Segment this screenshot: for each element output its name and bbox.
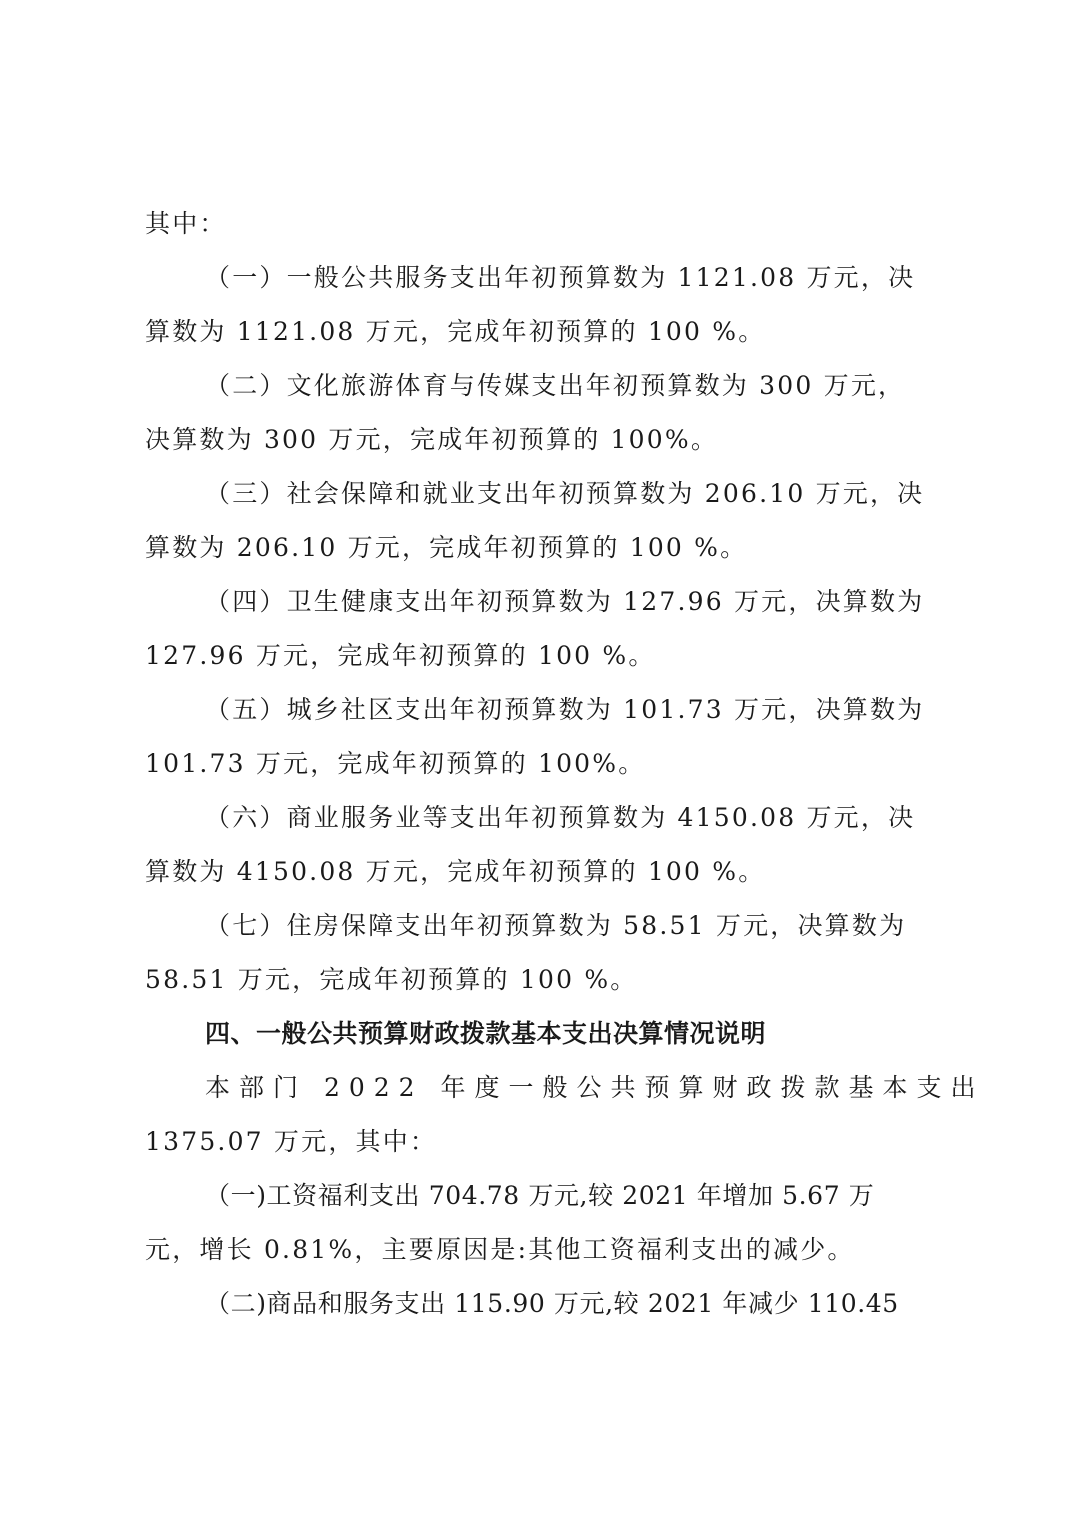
item-1-line-1: （一）一般公共服务支出年初预算数为 1121.08 万元，决 (205, 260, 935, 296)
section-4-para-line-1: 本部门 2022 年度一般公共预算财政拨款基本支出 (205, 1070, 935, 1106)
item-2-line-1: （二）文化旅游体育与传媒支出年初预算数为 300 万元， (205, 368, 935, 404)
section-4-sub-2-line-1: （二)商品和服务支出 115.90 万元,较 2021 年减少 110.45 (205, 1286, 935, 1322)
item-3-line-1: （三）社会保障和就业支出年初预算数为 206.10 万元，决 (205, 476, 935, 512)
item-5-line-2: 101.73 万元，完成年初预算的 100%。 (145, 746, 935, 782)
item-4-line-2: 127.96 万元，完成年初预算的 100 %。 (145, 638, 935, 674)
section-4-sub-1-line-2: 元，增长 0.81%，主要原因是:其他工资福利支出的减少。 (145, 1232, 935, 1268)
item-6-line-1: （六）商业服务业等支出年初预算数为 4150.08 万元，决 (205, 800, 935, 836)
item-1-line-2: 算数为 1121.08 万元，完成年初预算的 100 %。 (145, 314, 935, 350)
item-5-line-1: （五）城乡社区支出年初预算数为 101.73 万元，决算数为 (205, 692, 935, 728)
intro-text: 其中： (145, 206, 935, 242)
item-7-line-2: 58.51 万元，完成年初预算的 100 %。 (145, 962, 935, 998)
item-7-line-1: （七）住房保障支出年初预算数为 58.51 万元，决算数为 (205, 908, 935, 944)
item-3-line-2: 算数为 206.10 万元，完成年初预算的 100 %。 (145, 530, 935, 566)
item-4-line-1: （四）卫生健康支出年初预算数为 127.96 万元，决算数为 (205, 584, 935, 620)
section-4-heading: 四、一般公共预算财政拨款基本支出决算情况说明 (205, 1016, 935, 1052)
section-4-para-line-2: 1375.07 万元，其中： (145, 1124, 935, 1160)
document-page: 其中： （一）一般公共服务支出年初预算数为 1121.08 万元，决 算数为 1… (0, 0, 1074, 1520)
section-4-sub-1-line-1: （一)工资福利支出 704.78 万元,较 2021 年增加 5.67 万 (205, 1178, 935, 1214)
item-2-line-2: 决算数为 300 万元，完成年初预算的 100%。 (145, 422, 935, 458)
item-6-line-2: 算数为 4150.08 万元，完成年初预算的 100 %。 (145, 854, 935, 890)
